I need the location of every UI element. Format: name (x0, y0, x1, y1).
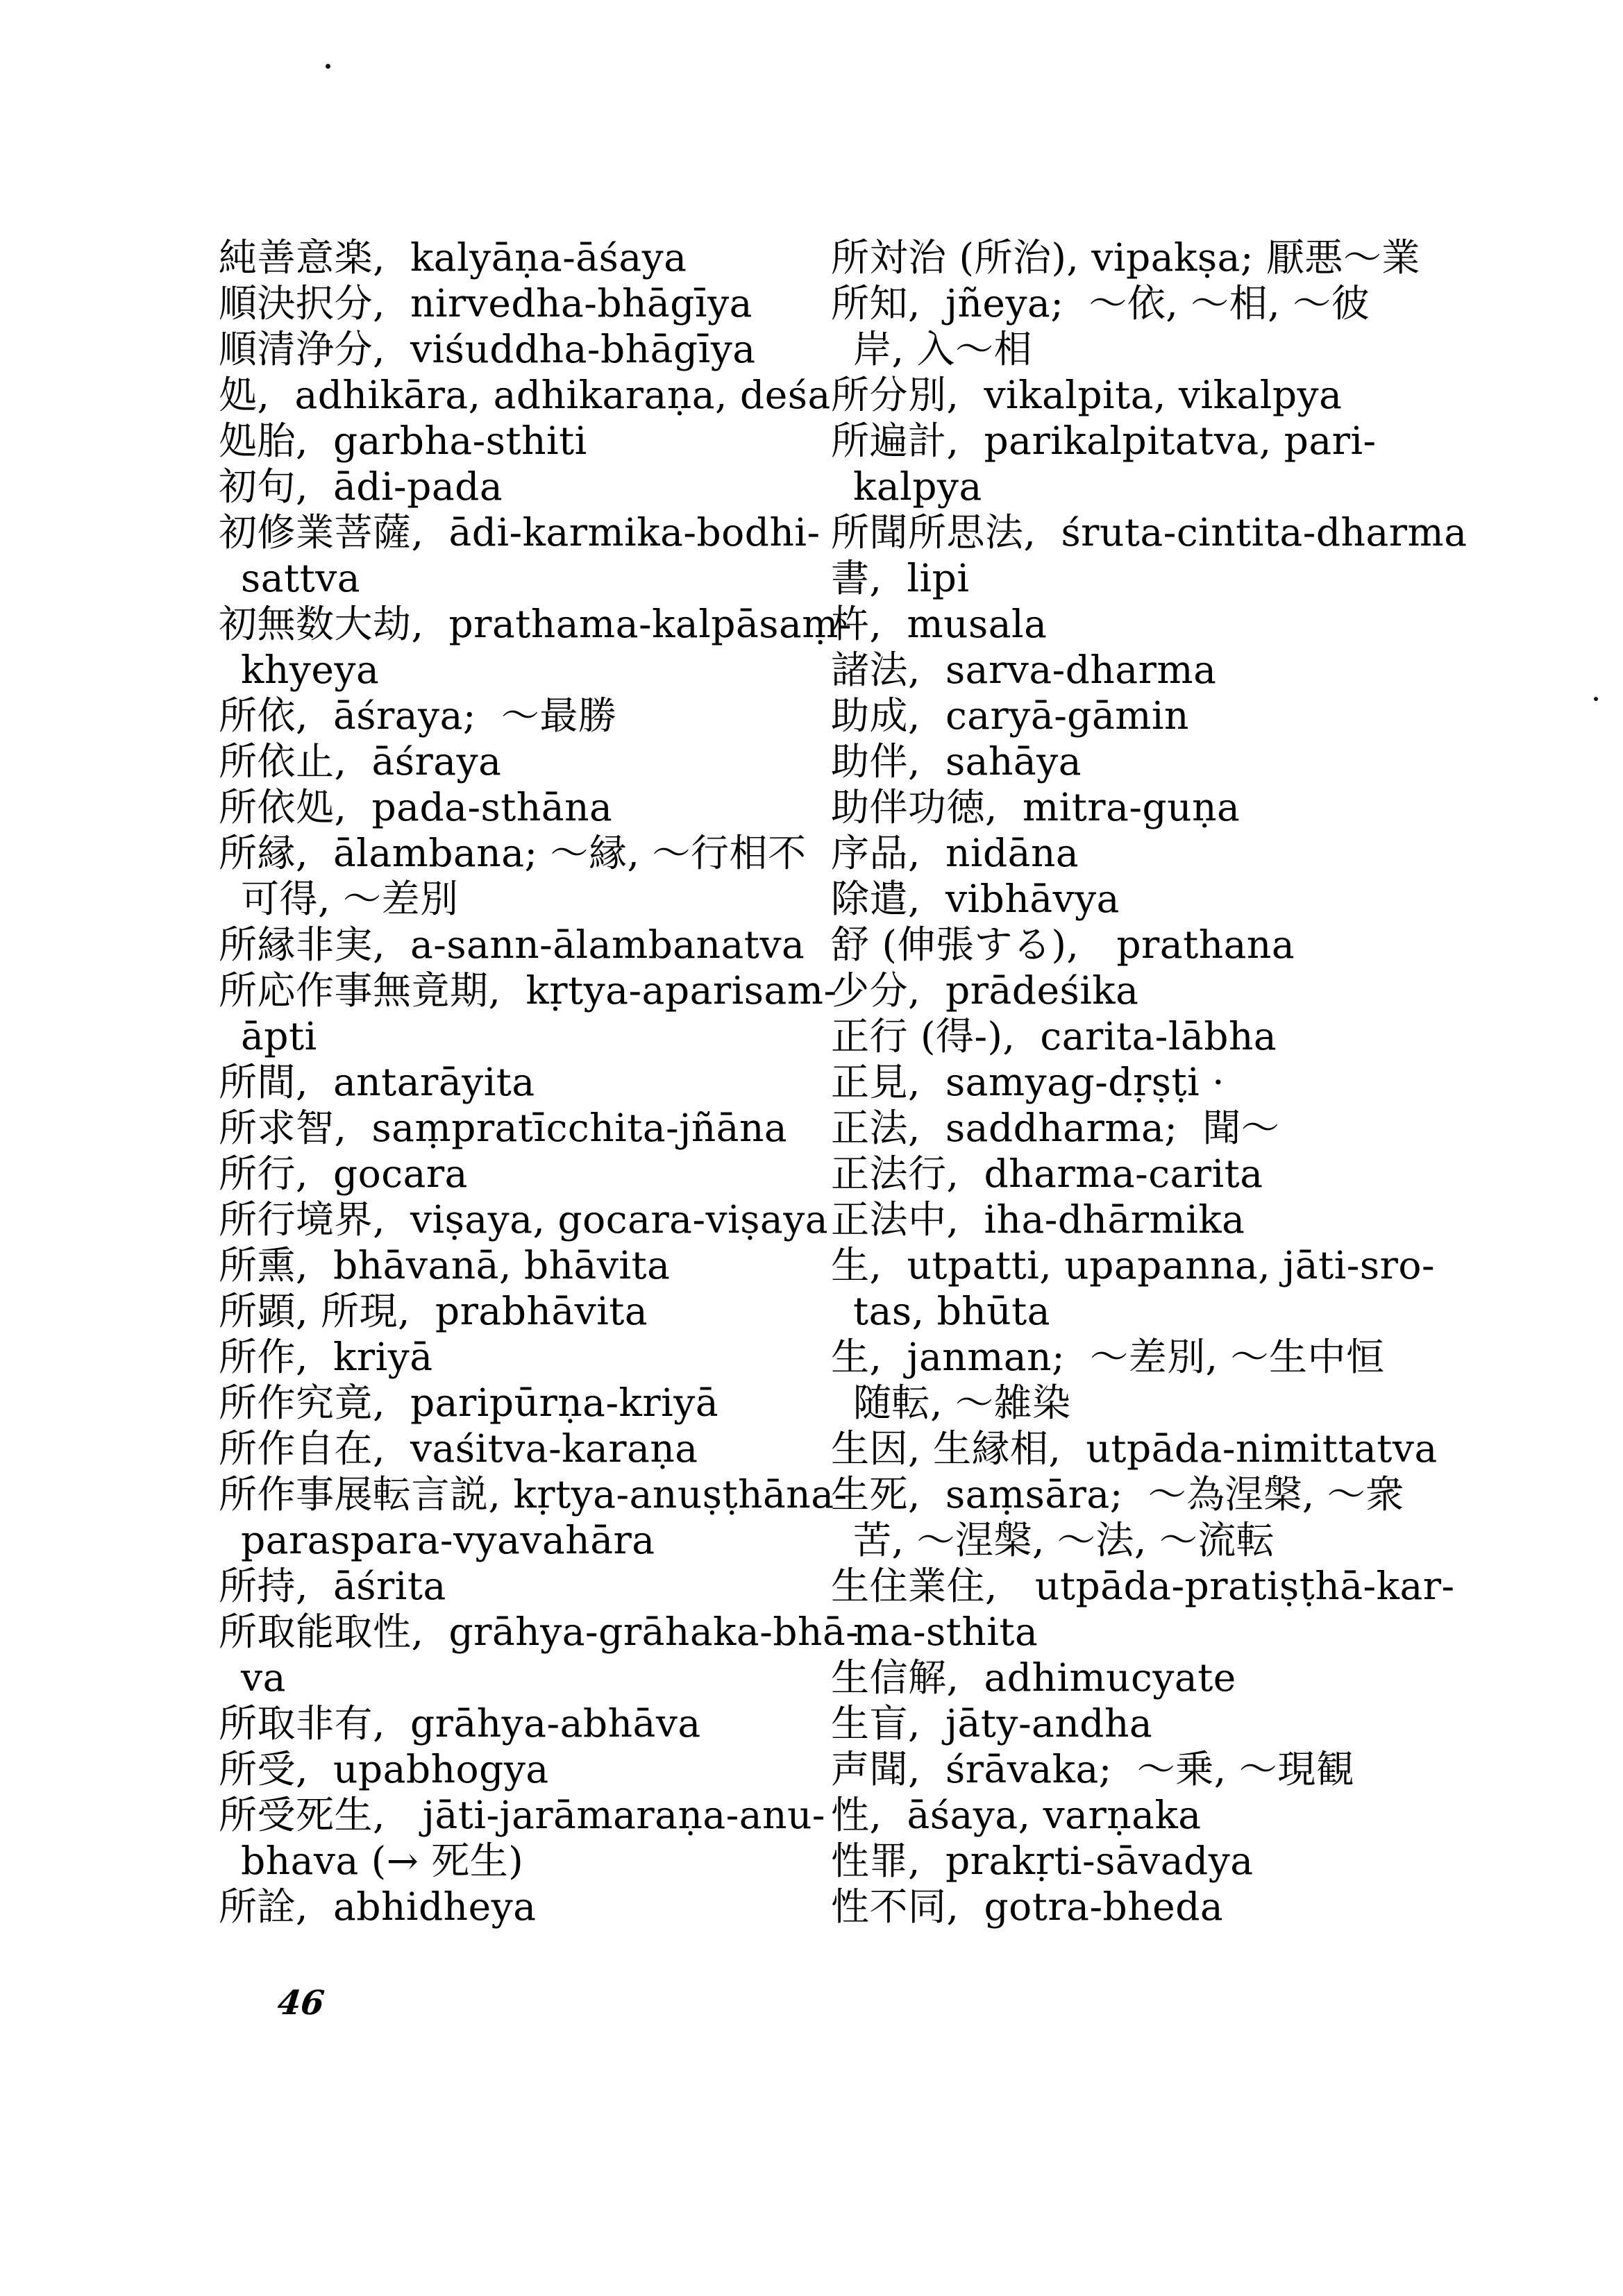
dictionary-line: 所求智, saṃpratīcchita-jñāna (219, 1105, 850, 1151)
dictionary-line: 純善意楽, kalyāṇa-āśaya (219, 235, 850, 280)
dictionary-line: 生, utpatti, upapanna, jāti-sro- (831, 1242, 1497, 1288)
dictionary-line: 所応作事無竟期, kṛtya-aparisam- (219, 968, 850, 1013)
dictionary-line: 生盲, jāty-andha (831, 1700, 1497, 1746)
dictionary-line: 正行 (得-), carita-lābha (831, 1013, 1497, 1059)
dictionary-line: 助伴功徳, mitra-guṇa (831, 784, 1497, 830)
text-column-left: 純善意楽, kalyāṇa-āśaya順決択分, nirvedha-bhāgīy… (219, 235, 850, 1930)
dictionary-line: 正法, saddharma; 聞～ (831, 1105, 1497, 1151)
dictionary-line: 所作, kriyā (219, 1334, 850, 1380)
dictionary-line: 生, janman; ～差別, ～生中恒 (831, 1334, 1497, 1380)
dictionary-line: 生住業住, utpāda-pratiṣṭhā-kar- (831, 1563, 1497, 1609)
dictionary-line: 所縁, ālambana; ～縁, ～行相不 (219, 830, 850, 876)
dictionary-line: kalpya (831, 464, 1497, 509)
dictionary-line: 助成, caryā-gāmin (831, 693, 1497, 738)
dictionary-line: 所受, upabhogya (219, 1746, 850, 1792)
dictionary-line: khyeya (219, 647, 850, 693)
dictionary-line: 性不同, gotra-bheda (831, 1884, 1497, 1930)
dictionary-line: 諸法, sarva-dharma (831, 647, 1497, 693)
text-column-right: 所対治 (所治), vipakṣa; 厭悪～業所知, jñeya; ～依, ～相… (831, 235, 1497, 1930)
dictionary-line: 除遣, vibhāvya (831, 876, 1497, 922)
dictionary-line: 苦, ～涅槃, ～法, ～流転 (831, 1517, 1497, 1563)
dictionary-line: ma-sthita (831, 1609, 1497, 1655)
dictionary-line: 所遍計, parikalpitatva, pari- (831, 418, 1497, 464)
dictionary-line: 所受死生, jāti-jarāmaraṇa-anu- (219, 1792, 850, 1838)
dictionary-line: 生因, 生縁相, utpāda-nimittatva (831, 1426, 1497, 1471)
scan-speck (326, 64, 330, 69)
dictionary-line: sattva (219, 555, 850, 601)
dictionary-line: 正法行, dharma-carita (831, 1151, 1497, 1197)
dictionary-line: 杵, musala (831, 601, 1497, 647)
dictionary-line: 所依処, pada-sthāna (219, 784, 850, 830)
dictionary-line: 所縁非実, a-sann-ālambanatva (219, 922, 850, 968)
dictionary-line: 処, adhikāra, adhikaraṇa, deśa (219, 372, 850, 418)
dictionary-line: 所取非有, grāhya-abhāva (219, 1700, 850, 1746)
dictionary-line: 所分別, vikalpita, vikalpya (831, 372, 1497, 418)
dictionary-line: 初句, ādi-pada (219, 464, 850, 509)
dictionary-line: 所行境界, viṣaya, gocara-viṣaya (219, 1197, 850, 1242)
scanned-dictionary-page: 純善意楽, kalyāṇa-āśaya順決択分, nirvedha-bhāgīy… (0, 0, 1623, 2296)
dictionary-line: paraspara-vyavahāra (219, 1517, 850, 1563)
dictionary-line: 助伴, sahāya (831, 738, 1497, 784)
dictionary-line: 順清浄分, viśuddha-bhāgīya (219, 326, 850, 372)
dictionary-line: 序品, nidāna (831, 830, 1497, 876)
dictionary-line: 随転, ～雑染 (831, 1380, 1497, 1426)
dictionary-line: 所依止, āśraya (219, 738, 850, 784)
dictionary-line: 所間, antarāyita (219, 1059, 850, 1105)
dictionary-line: 所持, āśrita (219, 1563, 850, 1609)
dictionary-line: 処胎, garbha-sthiti (219, 418, 850, 464)
page-number: 46 (276, 1984, 326, 2023)
dictionary-line: 生信解, adhimucyate (831, 1655, 1497, 1700)
dictionary-line: tas, bhūta (831, 1288, 1497, 1334)
dictionary-line: va (219, 1655, 850, 1700)
dictionary-line: 可得, ～差別 (219, 876, 850, 922)
dictionary-line: 所顕, 所現, prabhāvita (219, 1288, 850, 1334)
dictionary-line: 所熏, bhāvanā, bhāvita (219, 1242, 850, 1288)
dictionary-line: 所依, āśraya; ～最勝 (219, 693, 850, 738)
dictionary-line: 所作究竟, paripūrṇa-kriyā (219, 1380, 850, 1426)
dictionary-line: 声聞, śrāvaka; ～乗, ～現観 (831, 1746, 1497, 1792)
dictionary-line: 所詮, abhidheya (219, 1884, 850, 1930)
dictionary-line: 所取能取性, grāhya-grāhaka-bhā- (219, 1609, 850, 1655)
dictionary-line: 初無数大劫, prathama-kalpāsaṃ- (219, 601, 850, 647)
dictionary-line: 生死, saṃsāra; ～為涅槃, ～衆 (831, 1471, 1497, 1517)
dictionary-line: 岸, 入～相 (831, 326, 1497, 372)
dictionary-line: 所行, gocara (219, 1151, 850, 1197)
dictionary-line: 少分, prādeśika (831, 968, 1497, 1013)
dictionary-line: 書, lipi (831, 555, 1497, 601)
dictionary-line: bhava (→ 死生) (219, 1838, 850, 1884)
dictionary-line: 所作自在, vaśitva-karaṇa (219, 1426, 850, 1471)
dictionary-line: 所対治 (所治), vipakṣa; 厭悪～業 (831, 235, 1497, 280)
dictionary-line: āpti (219, 1013, 850, 1059)
dictionary-line: 性, āśaya, varṇaka (831, 1792, 1497, 1838)
dictionary-line: 舒 (伸張する), prathana (831, 922, 1497, 968)
dictionary-line: 所知, jñeya; ～依, ～相, ～彼 (831, 280, 1497, 326)
scan-speck (1594, 697, 1598, 701)
dictionary-line: 順決択分, nirvedha-bhāgīya (219, 280, 850, 326)
dictionary-line: 正法中, iha-dhārmika (831, 1197, 1497, 1242)
dictionary-line: 正見, samyag-dṛṣṭi · (831, 1059, 1497, 1105)
dictionary-line: 所聞所思法, śruta-cintita-dharma (831, 509, 1497, 555)
dictionary-line: 初修業菩薩, ādi-karmika-bodhi- (219, 509, 850, 555)
dictionary-line: 所作事展転言説, kṛtya-anuṣṭhāna- (219, 1471, 850, 1517)
dictionary-line: 性罪, prakṛti-sāvadya (831, 1838, 1497, 1884)
